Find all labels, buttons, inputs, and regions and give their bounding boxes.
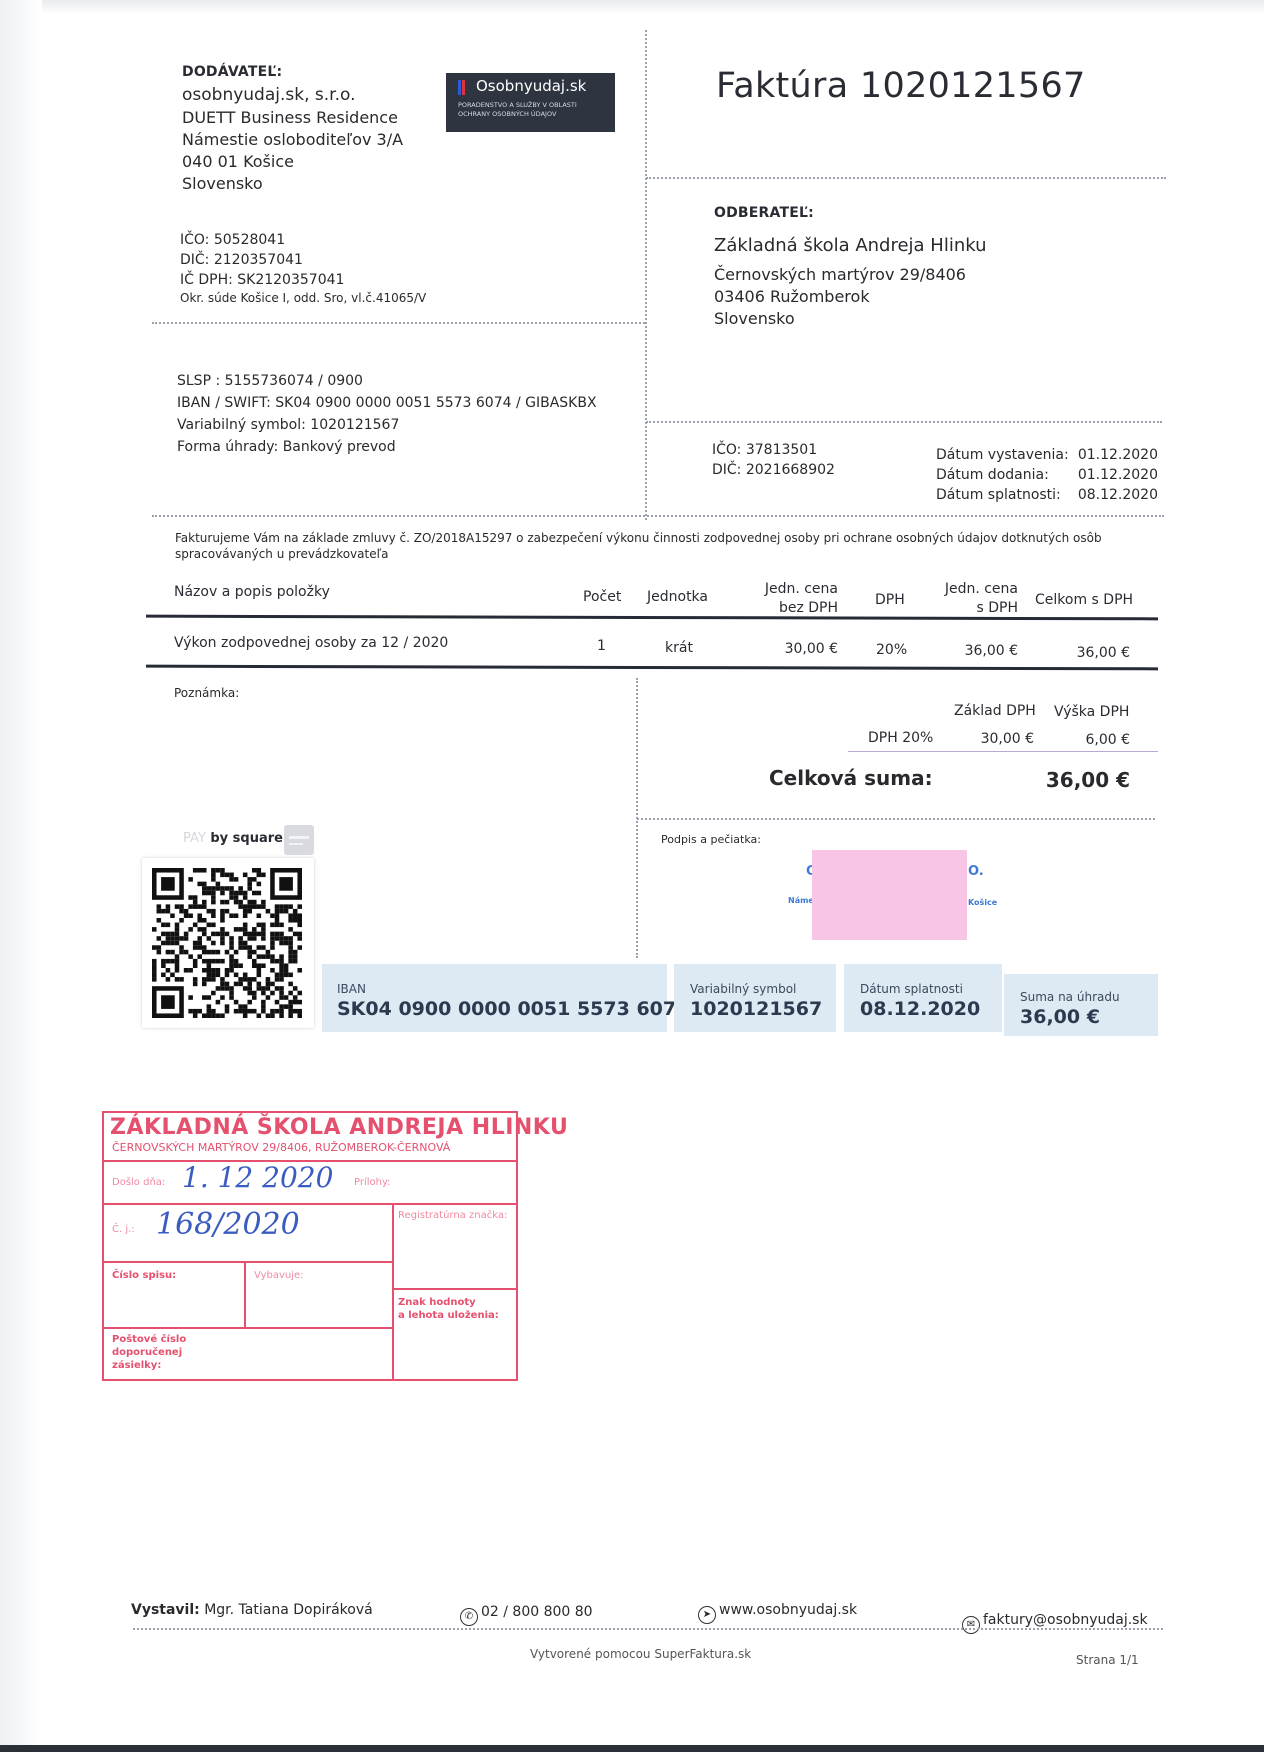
qr-code-pattern	[152, 868, 302, 1018]
payment-cell-iban: IBAN SK04 0900 0000 0051 5573 6074	[322, 964, 667, 1032]
stamp-fragment: Košice	[968, 898, 997, 907]
phone-number: 02 / 800 800 80	[481, 1604, 593, 1620]
customer-address-line: 03406 Ružomberok	[714, 286, 987, 308]
cell-total: 36,00 €	[1030, 644, 1130, 663]
col-header-line: s DPH	[920, 599, 1018, 618]
col-header-unit-price-vat: Jedn. cena s DPH	[920, 580, 1018, 618]
invoice-title: Faktúra 1020121567	[716, 66, 1086, 106]
stamp-fragment: O.	[968, 864, 984, 879]
issued-by-label: Vystavil:	[131, 1602, 200, 1618]
by-square-label: by square	[210, 831, 283, 846]
supplier-address-line: Námestie osloboditeľov 3/A	[182, 129, 403, 151]
stamp-fragment: Náme	[788, 896, 814, 905]
cell-name: Výkon zodpovednej osoby za 12 / 2020	[174, 634, 448, 653]
col-header-unit-price: Jedn. cena bez DPH	[740, 580, 838, 618]
date-value: 01.12.2020	[1078, 445, 1158, 465]
date-label: Dátum vystavenia:	[936, 445, 1069, 465]
vat-row-base: 30,00 €	[920, 730, 1034, 749]
stamp-title: ZÁKLADNÁ ŠKOLA ANDREJA HLINKU	[110, 1115, 568, 1140]
payment-cell-label: IBAN	[337, 982, 366, 996]
logo-name: Osobnyudaj.sk	[476, 77, 586, 95]
stamp-rule	[104, 1261, 392, 1263]
footer-website[interactable]: ➤www.osobnyudaj.sk	[698, 1600, 857, 1624]
supplier-address-line: DUETT Business Residence	[182, 107, 403, 129]
stamp-postal-line: zásielky:	[112, 1359, 186, 1372]
payment-cell-value: 08.12.2020	[860, 998, 980, 1020]
payment-cell-amount: Suma na úhradu 36,00 €	[1004, 974, 1158, 1036]
customer-ids: IČO: 37813501 DIČ: 2021668902	[712, 440, 835, 480]
col-header-line: bez DPH	[740, 599, 838, 618]
scan-edge-top	[0, 0, 1264, 14]
intro-text-line: spracovávaných u prevádzkovateľa	[175, 546, 1155, 562]
bank-payment-method: Forma úhrady: Bankový prevod	[177, 436, 597, 458]
customer-ico: IČO: 37813501	[712, 440, 835, 460]
grand-total-label: Celková suma:	[769, 766, 933, 790]
note-label: Poznámka:	[174, 685, 239, 701]
stamp-handler-label: Vybavuje:	[254, 1269, 304, 1282]
intro-text: Fakturujeme Vám na základe zmluvy č. ZO/…	[175, 530, 1155, 562]
payment-cell-variable-symbol: Variabilný symbol 1020121567	[674, 964, 836, 1032]
stamp-rule	[104, 1203, 516, 1205]
stamp-postal-label: Poštové číslo doporučenej zásielky:	[112, 1333, 186, 1372]
logo-tagline: PORADENSTVO A SLUŽBY V OBLASTI OCHRANY O…	[458, 101, 577, 119]
stamp-subtitle: ČERNOVSKÝCH MARTÝROV 29/8406, RUŽOMBEROK…	[112, 1141, 450, 1154]
customer-dic: DIČ: 2021668902	[712, 460, 835, 480]
stamp-attachments-label: Prílohy:	[354, 1176, 391, 1189]
stamp-number-label: Č. j.:	[112, 1223, 135, 1236]
col-header-unit: Jednotka	[647, 588, 708, 607]
bank-account: SLSP : 5155736074 / 0900	[177, 370, 597, 392]
payment-cell-label: Variabilný symbol	[690, 982, 796, 996]
divider-supplier-bank	[152, 322, 645, 324]
envelope-icon: ✉	[962, 1616, 980, 1634]
cursor-icon: ➤	[698, 1606, 716, 1624]
vat-row-amount: 6,00 €	[1020, 731, 1130, 750]
col-header-name: Názov a popis položky	[174, 583, 330, 602]
col-header-count: Počet	[583, 588, 621, 607]
col-header-total: Celkom s DPH	[1035, 591, 1133, 610]
footer-phone: ✆02 / 800 800 80	[460, 1602, 593, 1626]
divider-title-customer	[646, 177, 1166, 179]
pay-faint-label: PAY	[183, 831, 206, 846]
grand-total-value: 36,00 €	[1000, 768, 1130, 792]
cell-unit: krát	[665, 639, 693, 658]
date-row: Dátum vystavenia:01.12.2020	[936, 445, 1158, 465]
date-row: Dátum dodania:01.12.2020	[936, 465, 1158, 485]
customer-name: Základná škola Andreja Hlinku	[714, 234, 987, 258]
logo-tagline-line: PORADENSTVO A SLUŽBY V OBLASTI	[458, 101, 577, 110]
customer-heading: ODBERATEĽ:	[714, 205, 987, 221]
page-number: Strana 1/1	[1076, 1652, 1139, 1668]
payment-cell-label: Suma na úhradu	[1020, 990, 1120, 1004]
supplier-heading: DODÁVATEĽ:	[182, 64, 403, 80]
customer-address-line: Černovských martýrov 29/8406	[714, 264, 987, 286]
flag-icon	[458, 80, 466, 95]
supplier-ids: IČO: 50528041 DIČ: 2120357041 IČ DPH: SK…	[180, 230, 426, 306]
redaction-overlay	[812, 850, 967, 940]
stamp-postal-line: Poštové číslo	[112, 1333, 186, 1346]
supplier-registry: Okr. súde Košice I, odd. Sro, vl.č.41065…	[180, 290, 426, 306]
footer-divider	[133, 1628, 1163, 1630]
divider-header-body	[152, 515, 1164, 517]
bank-details: SLSP : 5155736074 / 0900 IBAN / SWIFT: S…	[177, 370, 597, 458]
issued-by-name: Mgr. Tatiana Dopiráková	[204, 1602, 373, 1618]
vat-header-base: Základ DPH	[954, 702, 1036, 721]
supplier-address-line: Slovensko	[182, 173, 403, 195]
customer-address-line: Slovensko	[714, 308, 987, 330]
stamp-registry-mark-label: Registratúrna značka:	[398, 1209, 507, 1222]
scan-edge-bottom	[0, 1745, 1264, 1752]
cell-unit-price: 30,00 €	[740, 640, 838, 659]
supplier-dic: DIČ: 2120357041	[180, 250, 426, 270]
footer-email[interactable]: ✉faktury@osobnyudaj.sk	[962, 1610, 1148, 1634]
col-header-vat: DPH	[875, 591, 905, 610]
divider-vertical-top	[645, 30, 647, 520]
divider-customer-ids	[646, 421, 1162, 423]
col-header-line: Jedn. cena	[740, 580, 838, 599]
created-with: Vytvorené pomocou SuperFaktura.sk	[530, 1646, 751, 1662]
stamp-rule	[244, 1261, 246, 1327]
stamp-number-value: 168/2020	[156, 1207, 300, 1242]
vat-header-amount: Výška DPH	[1054, 703, 1129, 722]
stamp-postal-line: doporučenej	[112, 1346, 186, 1359]
website-link[interactable]: www.osobnyudaj.sk	[719, 1602, 857, 1618]
email-link[interactable]: faktury@osobnyudaj.sk	[983, 1612, 1148, 1628]
supplier-address-line: 040 01 Košice	[182, 151, 403, 173]
registry-stamp: ZÁKLADNÁ ŠKOLA ANDREJA HLINKU ČERNOVSKÝC…	[102, 1111, 518, 1381]
bank-variable-symbol: Variabilný symbol: 1020121567	[177, 414, 597, 436]
footer-issued-by: Vystavil: Mgr. Tatiana Dopiráková	[131, 1600, 373, 1620]
supplier-name: osobnyudaj.sk, s.r.o.	[182, 84, 403, 106]
bank-iban-swift: IBAN / SWIFT: SK04 0900 0000 0051 5573 6…	[177, 392, 597, 414]
stamp-retention-label: Znak hodnoty a lehota uloženia:	[398, 1296, 499, 1322]
stamp-received-value: 1. 12 2020	[182, 1161, 333, 1194]
date-label: Dátum dodania:	[936, 465, 1049, 485]
stamp-rule	[104, 1327, 392, 1329]
date-value: 01.12.2020	[1078, 465, 1158, 485]
date-row: Dátum splatnosti:08.12.2020	[936, 485, 1158, 505]
scan-edge-left	[0, 0, 42, 1752]
supplier-ico: IČO: 50528041	[180, 230, 426, 250]
stamp-rule	[392, 1288, 516, 1290]
col-header-line: Jedn. cena	[920, 580, 1018, 599]
logo-tagline-line: OCHRANY OSOBNÝCH ÚDAJOV	[458, 110, 577, 119]
customer-block: ODBERATEĽ: Základná škola Andreja Hlinku…	[714, 205, 987, 330]
payment-cell-due-date: Dátum splatnosti 08.12.2020	[844, 964, 1002, 1032]
card-icon	[284, 825, 314, 855]
payment-cell-value: SK04 0900 0000 0051 5573 6074	[337, 998, 689, 1020]
payment-cell-value: 1020121567	[690, 998, 822, 1020]
stamp-received-label: Došlo dňa:	[112, 1176, 165, 1189]
invoice-dates: Dátum vystavenia:01.12.2020 Dátum dodani…	[936, 445, 1158, 505]
date-value: 08.12.2020	[1078, 485, 1158, 505]
cell-unit-price-vat: 36,00 €	[920, 642, 1018, 661]
payment-cell-value: 36,00 €	[1020, 1006, 1100, 1028]
phone-icon: ✆	[460, 1608, 478, 1626]
stamp-retention-line: a lehota uloženia:	[398, 1309, 499, 1322]
vat-row-rule	[848, 751, 1158, 752]
table-footer-rule	[146, 665, 1158, 671]
qr-code[interactable]	[142, 858, 314, 1028]
supplier-block: DODÁVATEĽ: osobnyudaj.sk, s.r.o. DUETT B…	[182, 64, 403, 195]
stamp-rule	[392, 1203, 394, 1379]
stamp-retention-line: Znak hodnoty	[398, 1296, 499, 1309]
payment-cell-label: Dátum splatnosti	[860, 982, 963, 996]
date-label: Dátum splatnosti:	[936, 485, 1061, 505]
divider-summary-signature	[637, 818, 1155, 820]
cell-count: 1	[597, 637, 606, 656]
pay-by-square-label: PAY by square	[183, 831, 283, 846]
supplier-ic-dph: IČ DPH: SK2120357041	[180, 270, 426, 290]
intro-text-line: Fakturujeme Vám na základe zmluvy č. ZO/…	[175, 530, 1155, 546]
stamp-file-number-label: Číslo spisu:	[112, 1269, 176, 1282]
signature-label: Podpis a pečiatka:	[661, 833, 761, 847]
company-logo: Osobnyudaj.sk PORADENSTVO A SLUŽBY V OBL…	[446, 73, 615, 132]
cell-vat: 20%	[876, 641, 907, 660]
